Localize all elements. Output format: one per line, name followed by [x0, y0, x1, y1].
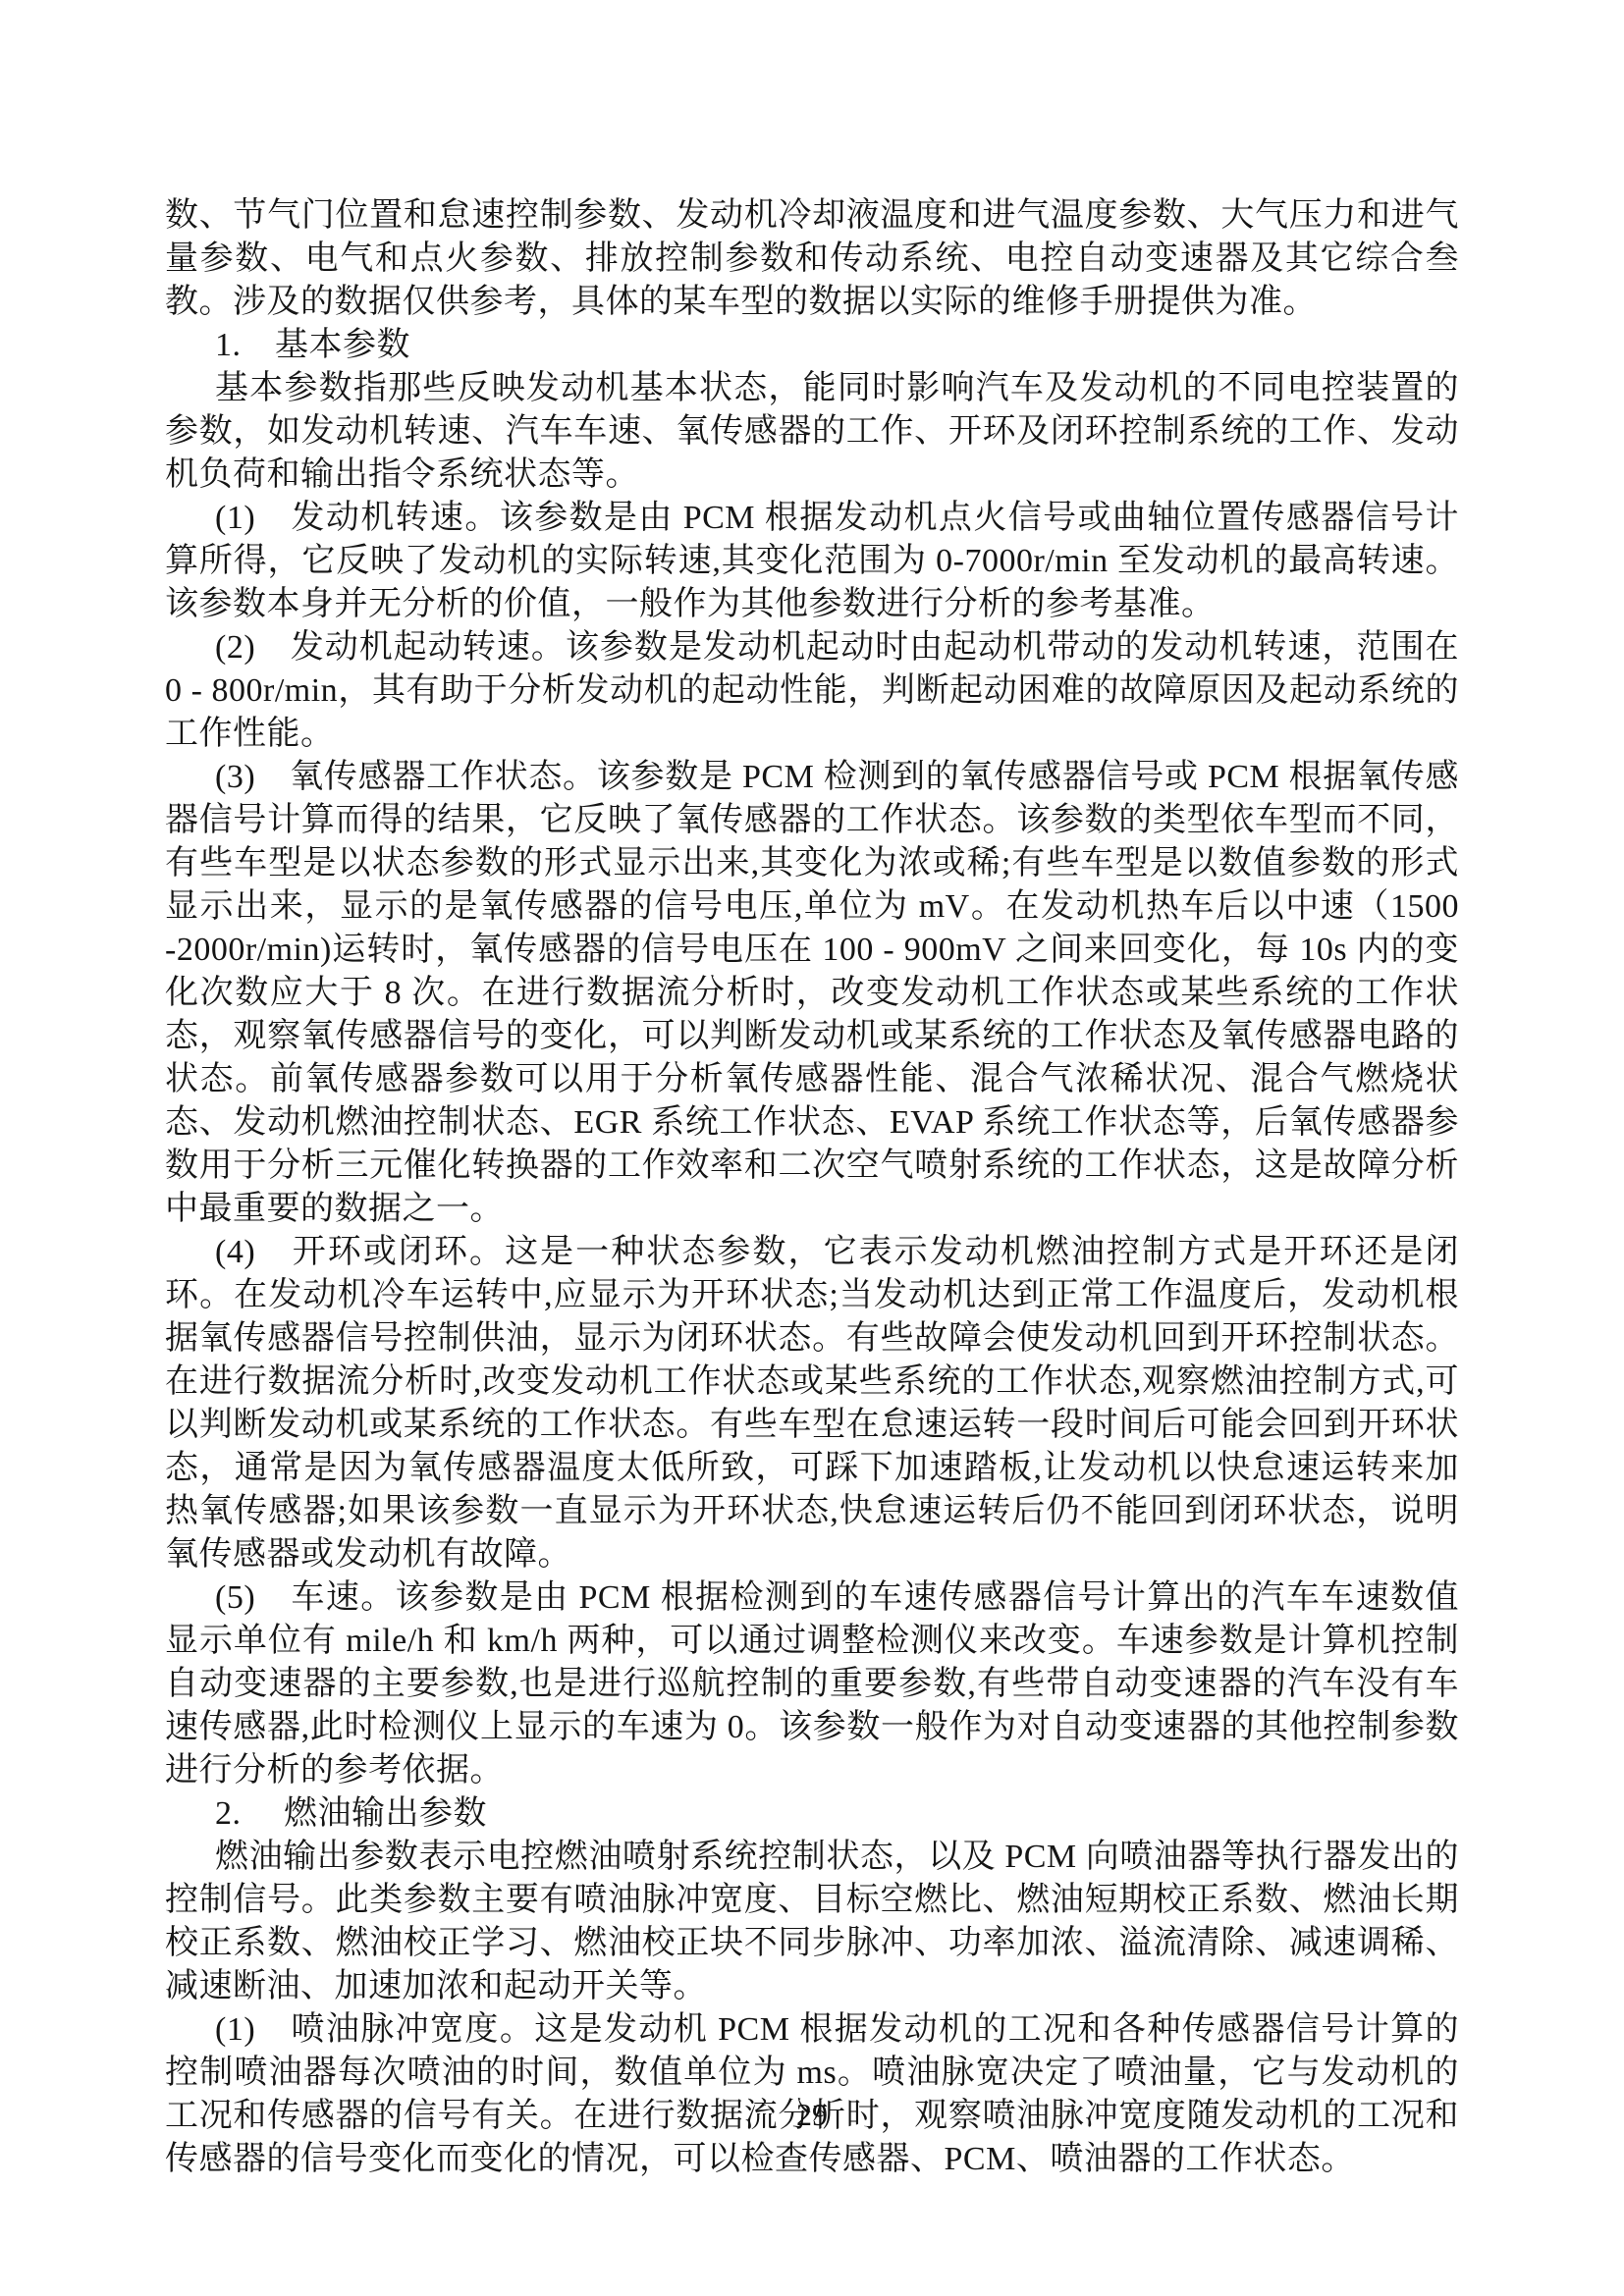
paragraph-item-4: (4) 开环或闭环。这是一种状态参数，它表示发动机燃油控制方式是开环还是闭环。在… [165, 1231, 1459, 1576]
paragraph-item-3: (3) 氧传感器工作状态。该参数是 PCM 检测到的氧传感器信号或 PCM 根据… [165, 756, 1459, 1231]
paragraph-item-2: (2) 发动机起动转速。该参数是发动机起动时由起动机带动的发动机转速，范围在 0… [165, 626, 1459, 756]
paragraph-continuation: 数、节气门位置和怠速控制参数、发动机冷却液温度和进气温度参数、大气压力和进气量参… [165, 194, 1459, 324]
section-heading-2: 2. 燃油输出参数 [165, 1792, 1459, 1836]
paragraph-item-1: (1) 发动机转速。该参数是由 PCM 根据发动机点火信号或曲轴位置传感器信号计… [165, 497, 1459, 626]
paragraph: 基本参数指那些反映发动机基本状态，能同时影响汽车及发动机的不同电控装置的参数，如… [165, 367, 1459, 497]
document-page: 数、节气门位置和怠速控制参数、发动机冷却液温度和进气温度参数、大气压力和进气量参… [0, 0, 1624, 2296]
paragraph-item-5: (5) 车速。该参数是由 PCM 根据检测到的车速传感器信号计算出的汽车车速数值… [165, 1576, 1459, 1792]
section-heading-1: 1. 基本参数 [165, 324, 1459, 367]
document-text-body: 数、节气门位置和怠速控制参数、发动机冷却液温度和进气温度参数、大气压力和进气量参… [165, 194, 1459, 2181]
paragraph: 燃油输出参数表示电控燃油喷射系统控制状态，以及 PCM 向喷油器等执行器发出的控… [165, 1836, 1459, 2008]
page-number: 29 [0, 2097, 1624, 2132]
paragraph-item-fuel-1: (1) 喷油脉冲宽度。这是发动机 PCM 根据发动机的工况和各种传感器信号计算的… [165, 2008, 1459, 2181]
